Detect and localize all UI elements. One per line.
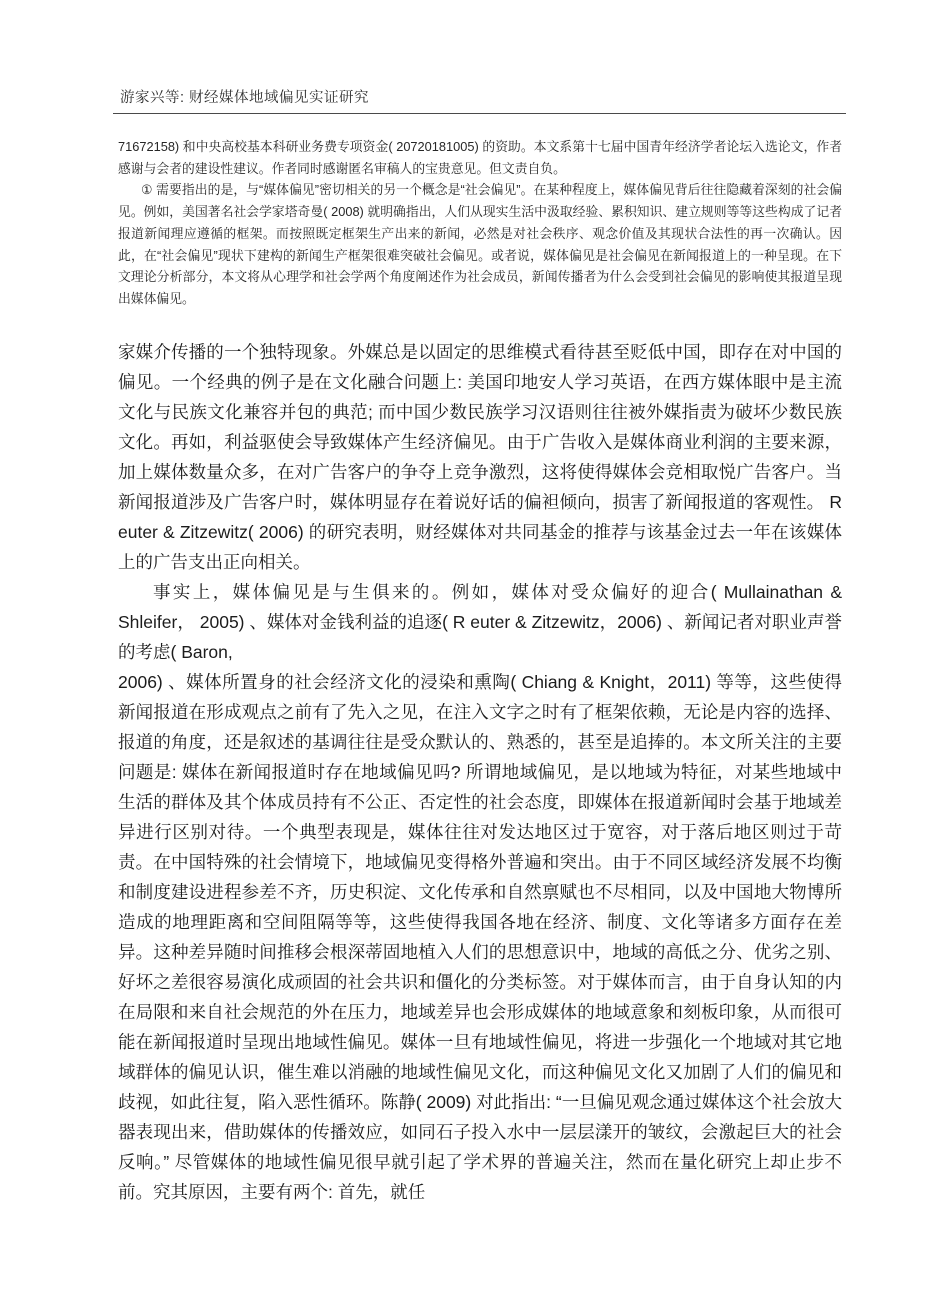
footnote-1: ① 需要指出的是，与“媒体偏见”密切相关的另一个概念是“社会偏见”。在某种程度上… [118,179,842,309]
body-paragraph-1: 家媒介传播的一个独特现象。外媒总是以固定的思维模式看待甚至贬低中国，即存在对中国… [118,337,842,577]
body-paragraph-2: 事实上，媒体偏见是与生俱来的。例如，媒体对受众偏好的迎合( Mullainath… [118,577,842,667]
running-head: 游家兴等: 财经媒体地域偏见实证研究 [120,86,844,107]
footnote-block: 71672158) 和中央高校基本科研业务费专项资金( 20720181005)… [118,136,842,310]
body-paragraph-3: 2006) 、媒体所置身的社会经济文化的浸染和熏陶( Chiang & Knig… [118,667,842,1207]
paper-page: 游家兴等: 财经媒体地域偏见实证研究 71672158) 和中央高校基本科研业务… [0,0,950,1290]
header-rule [113,113,846,114]
body-text: 家媒介传播的一个独特现象。外媒总是以固定的思维模式看待甚至贬低中国，即存在对中国… [118,337,842,1207]
footnote-continuation: 71672158) 和中央高校基本科研业务费专项资金( 20720181005)… [118,136,842,179]
